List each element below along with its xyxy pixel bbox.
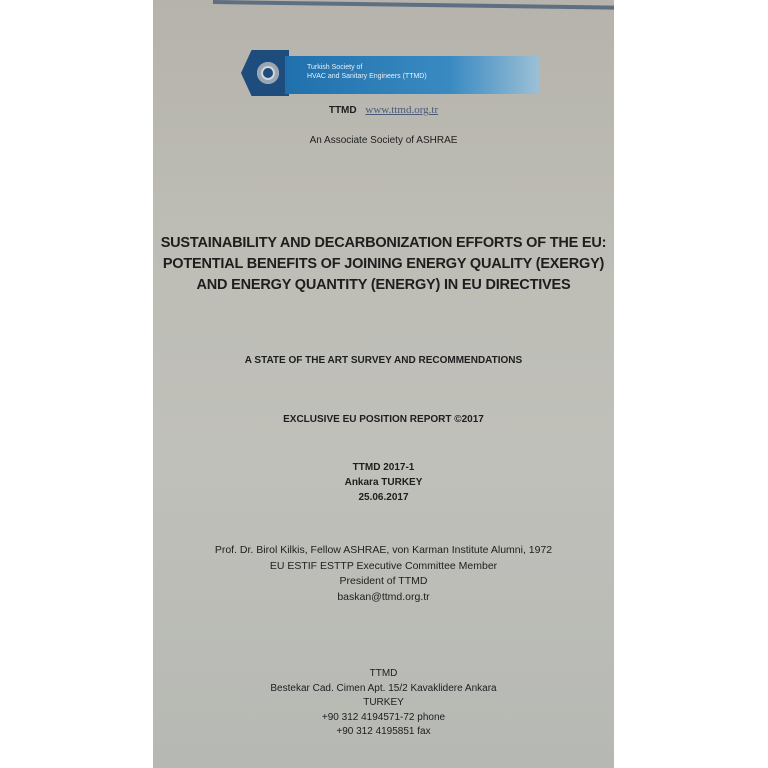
report-id: TTMD 2017-1 [153, 460, 614, 475]
website-link[interactable]: www.ttmd.org.tr [365, 104, 438, 116]
document-subtitle: A STATE OF THE ART SURVEY AND RECOMMENDA… [153, 355, 614, 366]
banner-text: Turkish Society of HVAC and Sanitary Eng… [307, 63, 427, 81]
address-block: TTMD Bestekar Cad. Cimen Apt. 15/2 Kavak… [153, 667, 614, 740]
document-title: SUSTAINABILITY AND DECARBONIZATION EFFOR… [153, 233, 614, 296]
report-location: Ankara TURKEY [153, 475, 614, 490]
report-meta: TTMD 2017-1 Ankara TURKEY 25.06.2017 [153, 460, 614, 505]
report-label: EXCLUSIVE EU POSITION REPORT ©2017 [153, 414, 614, 425]
address-fax: +90 312 4195851 fax [153, 725, 614, 740]
address-country: TURKEY [153, 696, 614, 711]
document-page: Turkish Society of HVAC and Sanitary Eng… [153, 0, 614, 768]
author-name: Prof. Dr. Birol Kilkis, Fellow ASHRAE, v… [153, 543, 614, 559]
banner-bar: Turkish Society of HVAC and Sanitary Eng… [285, 56, 539, 94]
banner-org-line-1: Turkish Society of [307, 63, 427, 72]
author-block: Prof. Dr. Birol Kilkis, Fellow ASHRAE, v… [153, 543, 614, 605]
banner-org-line-2: HVAC and Sanitary Engineers (TTMD) [307, 72, 427, 81]
address-org: TTMD [153, 667, 614, 682]
brand-name: TTMD [329, 105, 357, 116]
address-phone: +90 312 4194571-72 phone [153, 711, 614, 726]
title-line-2: POTENTIAL BENEFITS OF JOINING ENERGY QUA… [153, 254, 614, 275]
author-role: EU ESTIF ESTTP Executive Committee Membe… [153, 559, 614, 575]
page-edge-line [213, 0, 614, 10]
association-text: An Associate Society of ASHRAE [153, 135, 614, 146]
ttmd-logo-banner: Turkish Society of HVAC and Sanitary Eng… [241, 50, 539, 96]
title-line-1: SUSTAINABILITY AND DECARBONIZATION EFFOR… [153, 233, 614, 254]
title-line-3: AND ENERGY QUANTITY (ENERGY) IN EU DIREC… [153, 275, 614, 296]
author-email[interactable]: baskan@ttmd.org.tr [153, 590, 614, 606]
header-url-line: TTMD www.ttmd.org.tr [153, 104, 614, 116]
report-date: 25.06.2017 [153, 490, 614, 505]
nut-icon [257, 62, 279, 84]
address-street: Bestekar Cad. Cimen Apt. 15/2 Kavaklider… [153, 682, 614, 697]
author-position: President of TTMD [153, 574, 614, 590]
